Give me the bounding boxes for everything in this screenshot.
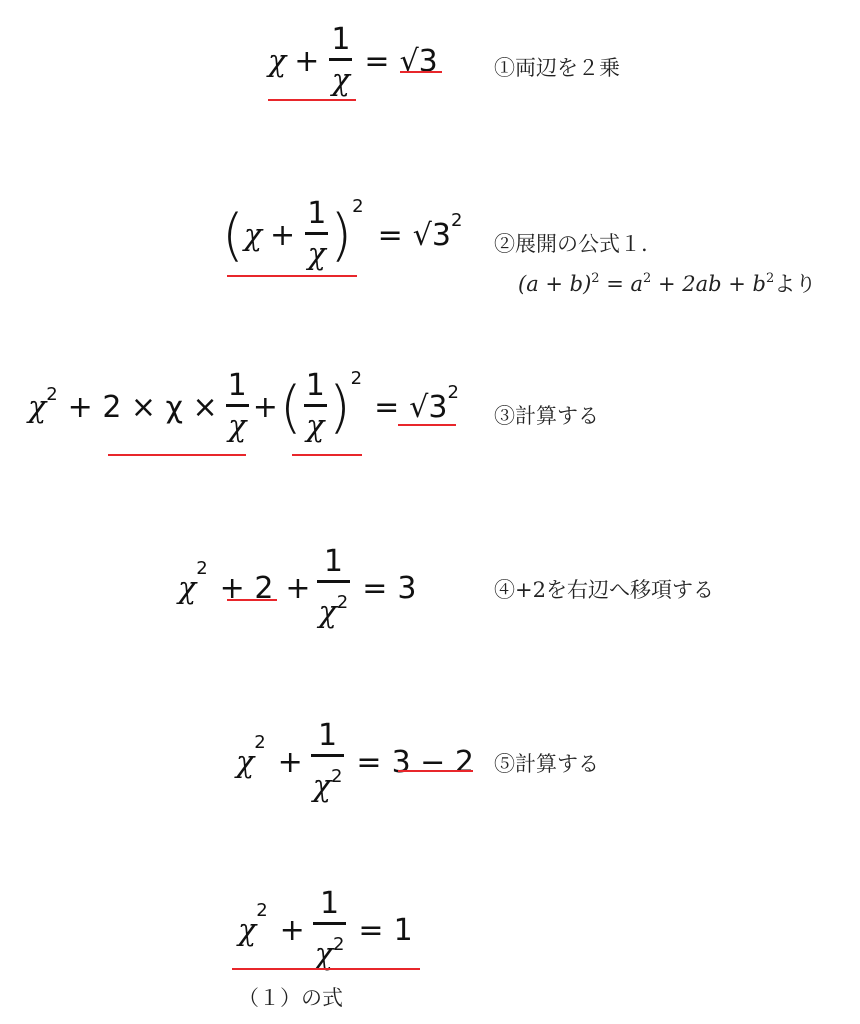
fraction-denominator: χ	[304, 404, 327, 447]
open-paren: (	[222, 203, 244, 268]
fraction: 1 χ2	[311, 718, 345, 807]
open-paren: (	[280, 375, 302, 440]
fraction-denominator: χ	[305, 232, 328, 275]
highlight-underline	[232, 968, 420, 970]
equals-sign: =	[362, 571, 387, 606]
rhs-sqrt3: √3	[400, 44, 438, 79]
exponent: 2	[351, 368, 362, 389]
fraction-numerator: 1	[304, 368, 327, 404]
fraction-numerator: 1	[329, 22, 352, 58]
equals-sign: =	[378, 218, 403, 253]
step-note-2: ②展開の公式１.	[494, 228, 648, 258]
highlight-underline	[398, 770, 473, 772]
rhs-exponent: 2	[451, 210, 462, 231]
equation-label: （１）の式	[238, 982, 343, 1012]
equals-sign: =	[374, 390, 399, 425]
fraction-denominator: χ	[329, 58, 352, 101]
rhs-value: 3	[397, 571, 416, 606]
plus-sign: +	[294, 44, 319, 79]
fraction: 1 χ	[304, 368, 327, 447]
fraction: 1 χ2	[313, 886, 347, 975]
highlight-underline	[268, 99, 356, 101]
plus-sign: +	[270, 218, 295, 253]
variable-chi: χ	[268, 44, 286, 79]
highlight-underline	[227, 599, 277, 601]
fraction-numerator: 1	[311, 718, 345, 754]
exponent: 2	[256, 900, 267, 921]
plus-sign: +	[278, 745, 303, 780]
expansion-formula: (a + b)2 = a2 + 2ab + b2より	[518, 268, 816, 298]
rhs-value: 3 − 2	[392, 745, 474, 780]
equation-step-6: χ 2 + 1 χ2 = 1	[238, 886, 413, 975]
fraction-numerator: 1	[313, 886, 347, 922]
fraction: 1 χ2	[317, 544, 351, 633]
fraction-denominator: χ2	[311, 754, 345, 807]
close-paren: )	[330, 203, 352, 268]
rhs-exponent: 2	[447, 382, 458, 403]
fraction-denominator: χ2	[317, 580, 351, 633]
fraction-numerator: 1	[317, 544, 351, 580]
fraction-numerator: 1	[305, 196, 328, 232]
fraction-numerator: 1	[226, 368, 249, 404]
equation-step-4: χ 2 + 2 + 1 χ2 = 3	[178, 544, 416, 633]
rhs-sqrt3: √3	[413, 218, 451, 253]
variable-chi: χ	[238, 913, 256, 948]
highlight-underline	[398, 424, 456, 426]
step-note-1: ①両辺を２乗	[494, 52, 620, 82]
equals-sign: =	[358, 913, 383, 948]
equation-step-1: χ + 1 χ = √3	[268, 22, 438, 101]
fraction: 1 χ	[305, 196, 328, 275]
variable-chi: χ	[178, 571, 196, 606]
step-note-3: ③計算する	[494, 400, 599, 430]
exponent: 2	[254, 732, 265, 753]
plus-sign: +	[285, 571, 310, 606]
fraction: 1 χ	[329, 22, 352, 101]
equation-step-2: ( χ + 1 χ ) 2 = √3 2	[222, 196, 462, 275]
close-paren: )	[329, 375, 351, 440]
exponent: 2	[352, 196, 363, 217]
rhs-sqrt3: √3	[409, 390, 447, 425]
fraction-denominator: χ	[226, 404, 249, 447]
variable-chi: χ	[244, 218, 262, 253]
equals-sign: =	[356, 745, 381, 780]
highlight-underline	[108, 454, 246, 456]
equation-step-5: χ 2 + 1 χ2 = 3 − 2	[236, 718, 474, 807]
step-note-5: ⑤計算する	[494, 748, 599, 778]
rhs-value: 1	[394, 913, 413, 948]
plus-sign: +	[280, 913, 305, 948]
exponent: 2	[196, 558, 207, 579]
fraction: 1 χ	[226, 368, 249, 447]
exponent: 2	[46, 384, 57, 405]
highlight-underline	[227, 275, 357, 277]
step-note-4: ④+2を右辺へ移項する	[494, 574, 714, 604]
equation-step-3: χ 2 + 2 × χ × 1 χ + ( 1 χ ) 2 = √3 2	[28, 368, 459, 447]
variable-chi: χ	[28, 390, 46, 425]
variable-chi: χ	[236, 745, 254, 780]
highlight-underline	[292, 454, 362, 456]
highlight-underline	[400, 71, 442, 73]
equals-sign: =	[364, 44, 389, 79]
middle-term: + 2 × χ ×	[68, 390, 218, 425]
plus-sign: +	[253, 390, 278, 425]
